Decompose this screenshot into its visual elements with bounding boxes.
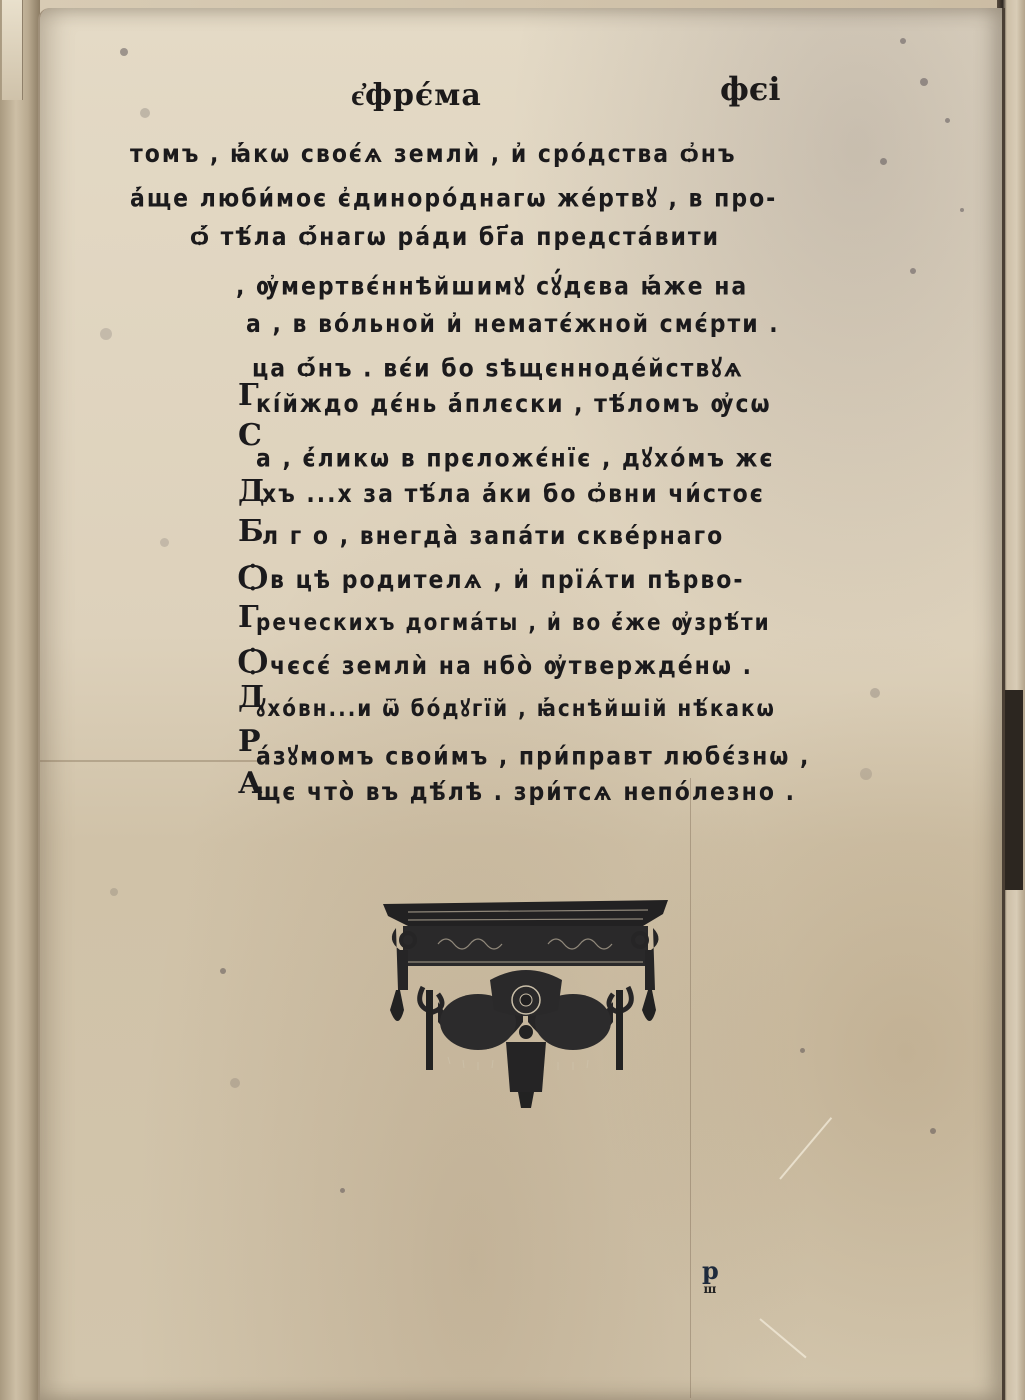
foxing-spot xyxy=(870,688,880,698)
foxing-spot xyxy=(220,968,226,974)
foxing-spot xyxy=(100,328,112,340)
text-line: л г о , внегда̀ запа́ти скве́рнаго xyxy=(262,522,724,551)
foxing-spot xyxy=(800,1048,805,1053)
drop-initial: Д xyxy=(238,474,265,509)
paper-fold xyxy=(40,760,270,762)
text-line: кі́йждо дє́нь а҆́плєски , тѣ́ломъ ѹ҆сѡ xyxy=(256,390,772,419)
text-line: томъ , ꙗ҆́кѡ своє́ѧ землѝ , и҆ сро́дства… xyxy=(130,140,737,169)
foxing-spot xyxy=(880,158,887,165)
paper-tear xyxy=(759,1318,806,1358)
foxing-spot xyxy=(860,768,872,780)
drop-initial: Ѻ xyxy=(238,556,268,598)
paper-crease xyxy=(690,778,691,1398)
foxing-spot xyxy=(120,48,128,56)
signature-mark: р ш xyxy=(702,1260,719,1296)
drop-initial: Б xyxy=(238,514,264,549)
text-line: реческихъ догма́ты , и҆ во є҆́же ѹ҆зрѣ́т… xyxy=(256,608,771,636)
text-line: в цѣ родителѧ , и҆ прїѧ́ти пѣрво- xyxy=(270,566,745,595)
running-head-title: є҆фрє́ма xyxy=(351,78,482,113)
foxing-spot xyxy=(930,1128,936,1134)
paper-tear xyxy=(779,1117,832,1180)
signature-letter: р xyxy=(702,1260,719,1282)
text-line: , ѹ҆мертвє́ннѣйшимꙋ сꙋ́дєва ꙗ҆́же на xyxy=(236,268,748,303)
text-line: ца ѻ҆́нъ . вє́и бо ѕѣщєнноде́йствꙋѧ xyxy=(252,350,744,385)
left-page-edges xyxy=(0,0,40,1400)
book-photo: є҆фрє́ма фєі томъ , ꙗ҆́кѡ своє́ѧ землѝ ,… xyxy=(0,0,1025,1400)
foxing-spot xyxy=(900,38,906,44)
text-line: чєсє́ землѝ на нбо̀ ѹ҆твержде́нѡ . xyxy=(270,652,753,681)
text-line: а́зꙋмомъ свои́мъ , при́правт любє́знѡ , xyxy=(256,738,810,773)
foxing-spot xyxy=(110,888,118,896)
text-line: а , в во́льной и҆ нематє́жной смє́рти . xyxy=(246,310,780,339)
text-line: хъ ...х за тѣ́ла а҆́ки бо ѻ҆вни чи́стоє xyxy=(262,480,765,509)
foxing-spot xyxy=(960,208,964,212)
folio-number: фєі xyxy=(720,70,781,108)
foxing-spot xyxy=(160,538,169,547)
text-line: ꙋхо́вн...и ѿ бо́дꙋгїй , ꙗ҆́снѣйшій нѣ́ка… xyxy=(256,692,776,723)
foxing-spot xyxy=(230,1078,240,1088)
running-head: є҆фрє́ма фєі xyxy=(40,70,1002,120)
signature-number: ш xyxy=(702,1282,719,1296)
text-line: а҆́ще люби́моє є҆диноро́днагѡ же́ртвꙋ , … xyxy=(130,180,777,215)
foxing-spot xyxy=(340,1188,345,1193)
text-line: а , є҆́ликѡ в прєложє́нїє , дꙋхо́мъ жє xyxy=(256,440,775,475)
foxing-spot xyxy=(910,268,916,274)
woodcut-tailpiece-ornament xyxy=(378,892,673,1112)
torn-page-flap xyxy=(2,0,23,100)
text-line: щє что̀ въ дѣ́лѣ . зри́тсѧ непо́лезно . xyxy=(256,778,796,807)
text-line: ѻ҆́ тѣ́ла ѻ҆́нагѡ ра́ди бг҃а предста́вит… xyxy=(190,223,720,252)
drop-initial: Ѻ xyxy=(238,640,268,682)
